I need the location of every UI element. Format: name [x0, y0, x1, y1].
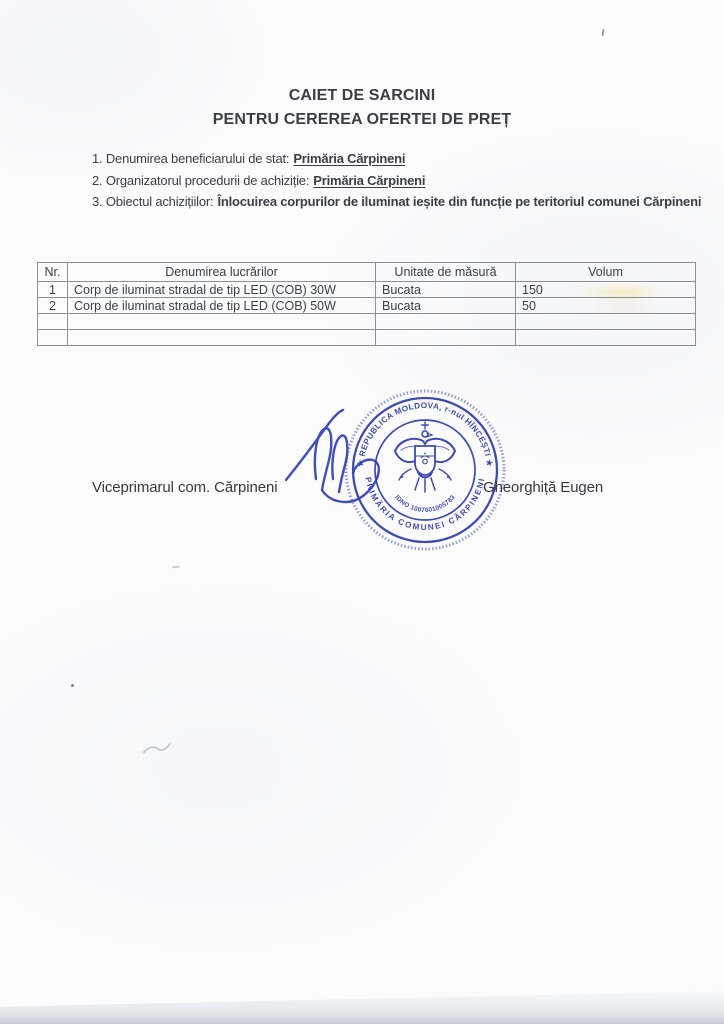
cell-unitate: [376, 330, 516, 346]
table-row-empty: [38, 330, 696, 346]
cell-nr: [38, 330, 68, 346]
cell-denumirea: Corp de iluminat stradal de tip LED (COB…: [68, 298, 376, 314]
cell-volum: [516, 330, 696, 346]
cell-unitate: Bucata: [376, 282, 516, 298]
header-volum: Volum: [516, 263, 696, 282]
cell-denumirea: Corp de iluminat stradal de tip LED (COB…: [68, 282, 376, 298]
table-row-empty: [38, 314, 696, 330]
item-beneficiary-label: 1. Denumirea beneficiarului de stat:: [92, 151, 289, 166]
item-object-label: 3. Obiectul achizițiilor:: [92, 194, 213, 209]
works-table: Nr. Denumirea lucrărilor Unitate de măsu…: [37, 262, 696, 346]
item-beneficiary: 1. Denumirea beneficiarului de stat:Prim…: [92, 148, 712, 170]
table-header-row: Nr. Denumirea lucrărilor Unitate de măsu…: [38, 263, 696, 282]
header-nr: Nr.: [38, 263, 68, 282]
scanned-document-page: CAIET DE SARCINI PENTRU CEREREA OFERTEI …: [0, 0, 724, 1024]
cell-unitate: Bucata: [376, 298, 516, 314]
scan-bottom-edge-shadow: [0, 988, 724, 1024]
signer-name-label: Gheorghiță Eugen: [483, 479, 603, 496]
cell-nr: 2: [38, 298, 68, 314]
document-title: CAIET DE SARCINI PENTRU CEREREA OFERTEI …: [0, 84, 724, 132]
cell-volum: 150: [516, 282, 696, 298]
item-organizer-value: Primăria Cărpineni: [313, 173, 425, 188]
title-line-1: CAIET DE SARCINI: [0, 84, 724, 108]
item-organizer-label: 2. Organizatorul procedurii de achiziție…: [92, 173, 309, 188]
cell-nr: 1: [38, 282, 68, 298]
item-object: 3. Obiectul achizițiilor:Înlocuirea corp…: [92, 191, 712, 213]
scan-speck: [172, 566, 180, 569]
cell-volum: [516, 314, 696, 330]
cell-denumirea: [68, 330, 376, 346]
handwritten-signature: [270, 395, 410, 525]
cell-volum: 50: [516, 298, 696, 314]
item-object-value: Înlocuirea corpurilor de iluminat ieșite…: [217, 194, 701, 209]
header-denumirea: Denumirea lucrărilor: [68, 263, 376, 282]
numbered-items: 1. Denumirea beneficiarului de stat:Prim…: [92, 148, 712, 213]
table-row: 2 Corp de iluminat stradal de tip LED (C…: [38, 298, 696, 314]
item-organizer: 2. Organizatorul procedurii de achiziție…: [92, 170, 712, 192]
cell-denumirea: [68, 314, 376, 330]
pencil-mark: [138, 732, 198, 772]
item-beneficiary-value: Primăria Cărpineni: [293, 151, 405, 166]
cell-unitate: [376, 314, 516, 330]
header-unitate: Unitate de măsură: [376, 263, 516, 282]
scan-dot: [71, 684, 74, 687]
scan-speck: [602, 29, 605, 36]
table-row: 1 Corp de iluminat stradal de tip LED (C…: [38, 282, 696, 298]
title-line-2: PENTRU CEREREA OFERTEI DE PREȚ: [0, 108, 724, 132]
signer-title-label: Viceprimarul com. Cărpineni: [92, 479, 277, 496]
cell-nr: [38, 314, 68, 330]
